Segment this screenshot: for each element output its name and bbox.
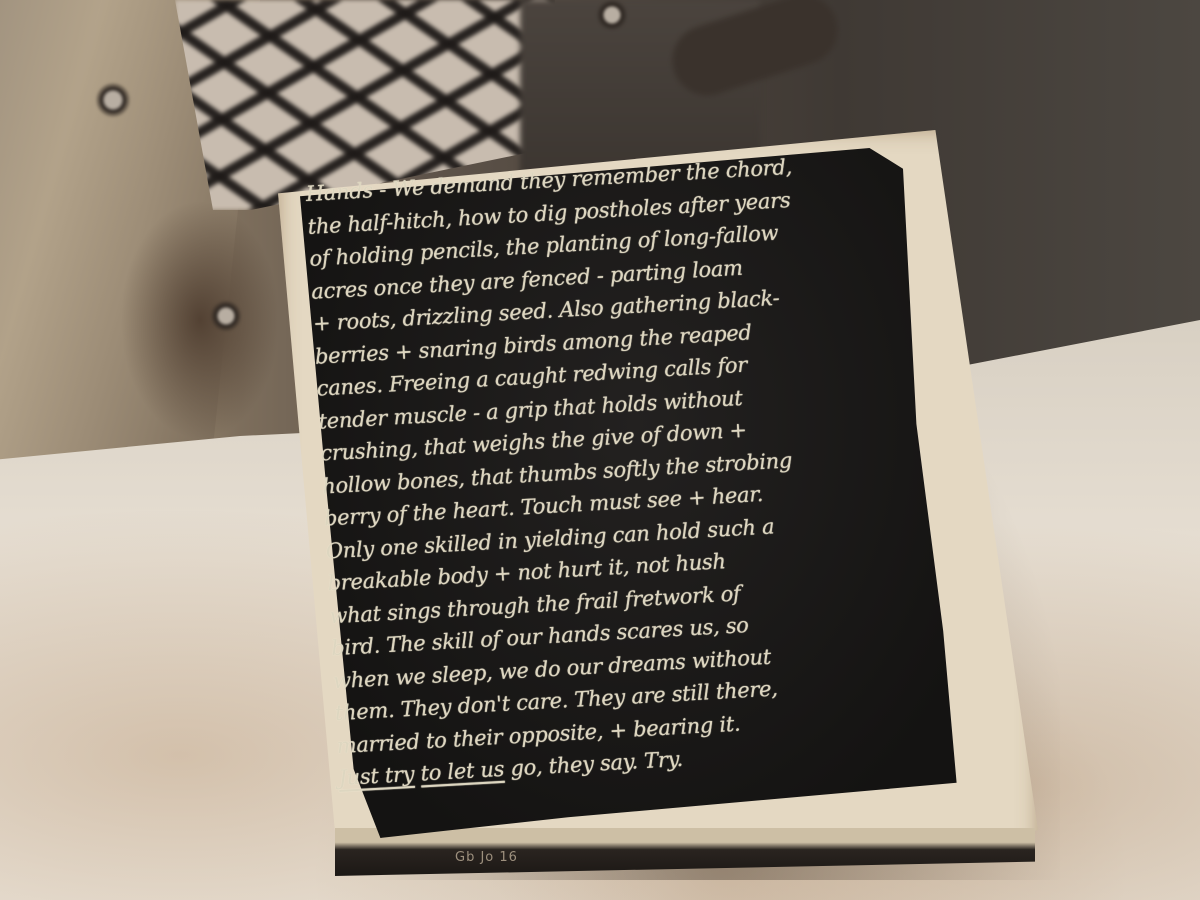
handwritten-poem: Hands - We demand they remember the chor… <box>305 142 978 794</box>
bolt-hole <box>95 82 131 118</box>
bolt-hole <box>210 300 242 332</box>
bolt-hole <box>595 0 629 30</box>
artist-signature: Gb Jo 16 <box>455 850 518 865</box>
background-rust-stain <box>120 200 280 440</box>
underlined-phrase: Just try <box>338 762 415 790</box>
underlined-phrase: to let us <box>420 757 505 786</box>
poem-last-line-rest: go, they say. Try. <box>503 747 683 781</box>
